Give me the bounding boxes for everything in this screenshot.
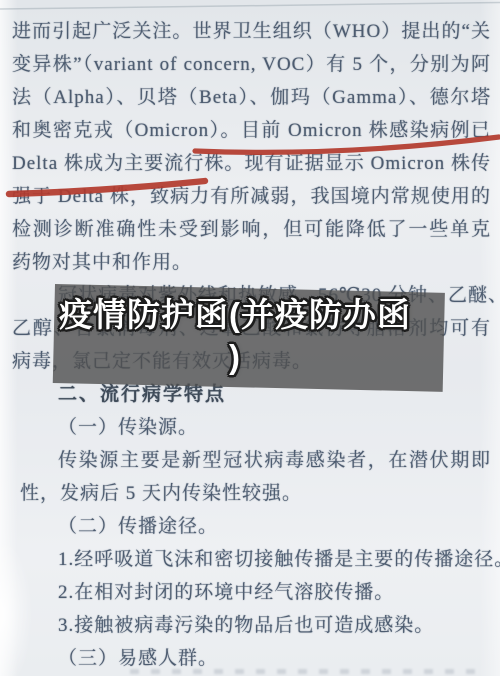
document-line: 进而引起广泛关注。世界卫生组织（WHO）提出的“关切的 — [12, 15, 491, 48]
banner-title-line1: 疫情防护函(并疫防办函 — [30, 294, 440, 336]
cut-off-text-row — [130, 669, 486, 674]
document-line: 1.经呼吸道飞沫和密切接触传播是主要的传播途径。 — [12, 543, 491, 576]
document-line: （二）传播途径。 — [12, 510, 491, 543]
document-line: 强于 Delta 株，致病力有所减弱，我国境内常规使用的 PCR — [12, 180, 491, 213]
document-line: （一）传染源。 — [12, 411, 491, 444]
banner-title: 疫情防护函(并疫防办函 ) — [30, 294, 440, 378]
document-line: 法（Alpha）、贝塔（Beta）、伽玛（Gamma）、德尔塔（Delta） — [12, 81, 491, 114]
document-line: 药物对其中和作用。 — [12, 246, 491, 279]
document-line: 2.在相对封闭的环境中经气溶胶传播。 — [12, 576, 491, 609]
document-line: 3.接触被病毒污染的物品后也可造成感染。 — [12, 609, 491, 642]
banner-title-line2: ) — [30, 336, 440, 378]
document-line: 和奥密克戎（Omicron）。目前 Omicron 株感染病例已取代 — [12, 114, 491, 147]
scanned-document-page: 进而引起广泛关注。世界卫生组织（WHO）提出的“关切的变异株”（variant … — [0, 0, 500, 676]
document-line: Delta 株成为主要流行株。现有证据显示 Omicron 株传播力 — [12, 147, 491, 180]
document-line: 变异株”（variant of concern, VOC）有 5 个，分别为阿尔 — [12, 48, 491, 81]
document-line: 传染源主要是新型冠状病毒感染者，在潜伏期即有传染 — [12, 444, 491, 477]
page-top-edge-line — [0, 3, 500, 10]
document-line: 检测诊断准确性未受到影响，但可能降低了一些单克隆抗体 — [12, 213, 491, 246]
document-line: 性，发病后 5 天内传染性较强。 — [12, 477, 491, 510]
